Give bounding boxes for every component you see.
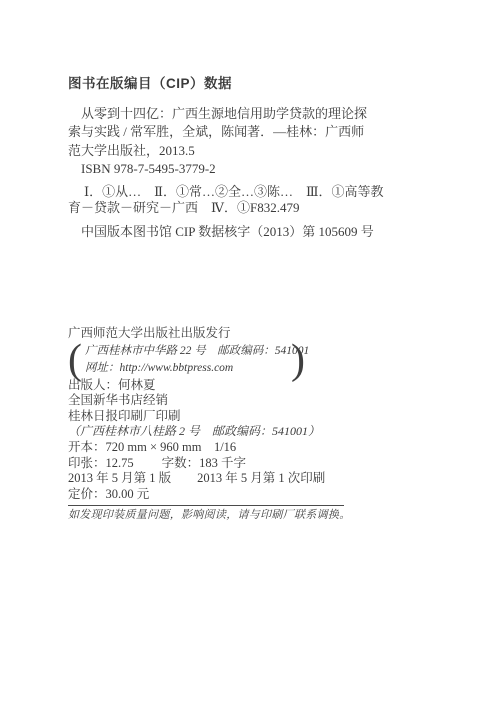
publisher-website-line: 网址：http://www.bbtpress.com <box>85 360 291 377</box>
publisher-address-group: ( 广西桂林市中华路 22 号 邮政编码：541001 网址：http://ww… <box>68 342 448 378</box>
publisher-line: 广西师范大学出版社出版发行 <box>68 326 448 342</box>
cip-heading: 图书在版编目（CIP）数据 <box>68 72 368 92</box>
publisher-person-line: 出版人：何林夏 <box>68 378 448 394</box>
printer-line: 桂林日报印刷厂印刷 <box>68 409 448 425</box>
paren-open: ( <box>68 343 82 377</box>
word-count-value: 字数：183 千字 <box>162 456 246 470</box>
cip-block: 图书在版编目（CIP）数据 从零到十四亿：广西生源地信用助学贷款的理论探 索与实… <box>68 72 368 240</box>
price-line: 定价：30.00 元 <box>68 487 448 503</box>
cip-description-line: 索与实践 / 常军胜，全斌，陈闻著．—桂林：广西师 <box>68 123 368 141</box>
quality-note: 如发现印装质量问题，影响阅读，请与印刷厂联系调换。 <box>68 508 448 523</box>
sheets-value: 印张：12.75 <box>68 456 134 470</box>
cip-description-line: 从零到十四亿：广西生源地信用助学贷款的理论探 <box>68 105 368 123</box>
cip-classification-line: Ⅰ．①从… Ⅱ．①常…②全…③陈… Ⅲ．①高等教 <box>68 184 368 200</box>
isbn-line: ISBN 978-7-5495-3779-2 <box>68 160 368 178</box>
sheets-wordcount-line: 印张：12.75字数：183 千字 <box>68 456 448 472</box>
edition-printing-line: 2013 年 5 月第 1 版2013 年 5 月第 1 次印刷 <box>68 471 448 487</box>
printer-address-line: （广西桂林市八桂路 2 号 邮政编码：541001） <box>68 424 448 440</box>
cip-description: 从零到十四亿：广西生源地信用助学贷款的理论探 索与实践 / 常军胜，全斌，陈闻著… <box>68 105 368 160</box>
distribution-line: 全国新华书店经销 <box>68 393 448 409</box>
cip-classification: Ⅰ．①从… Ⅱ．①常…②全…③陈… Ⅲ．①高等教 育－贷款－研究－广西 Ⅳ．①F… <box>68 184 368 216</box>
book-copyright-page: 图书在版编目（CIP）数据 从零到十四亿：广西生源地信用助学贷款的理论探 索与实… <box>0 0 500 707</box>
publisher-address-line: 广西桂林市中华路 22 号 邮政编码：541001 <box>85 343 291 360</box>
format-line: 开本：720 mm × 960 mm 1/16 <box>68 440 448 456</box>
cip-description-line: 范大学出版社，2013.5 <box>68 142 368 160</box>
edition-value: 2013 年 5 月第 1 版 <box>68 471 171 485</box>
cip-classification-line: 育－贷款－研究－广西 Ⅳ．①F832.479 <box>68 200 368 216</box>
divider-rule <box>68 505 344 506</box>
printing-value: 2013 年 5 月第 1 次印刷 <box>197 471 325 485</box>
cip-record-line: 中国版本图书馆 CIP 数据核字（2013）第 105609 号 <box>68 224 368 240</box>
paren-close: ) <box>291 343 305 377</box>
publication-block: 广西师范大学出版社出版发行 ( 广西桂林市中华路 22 号 邮政编码：54100… <box>68 326 448 523</box>
publisher-address-lines: 广西桂林市中华路 22 号 邮政编码：541001 网址：http://www.… <box>85 343 291 376</box>
